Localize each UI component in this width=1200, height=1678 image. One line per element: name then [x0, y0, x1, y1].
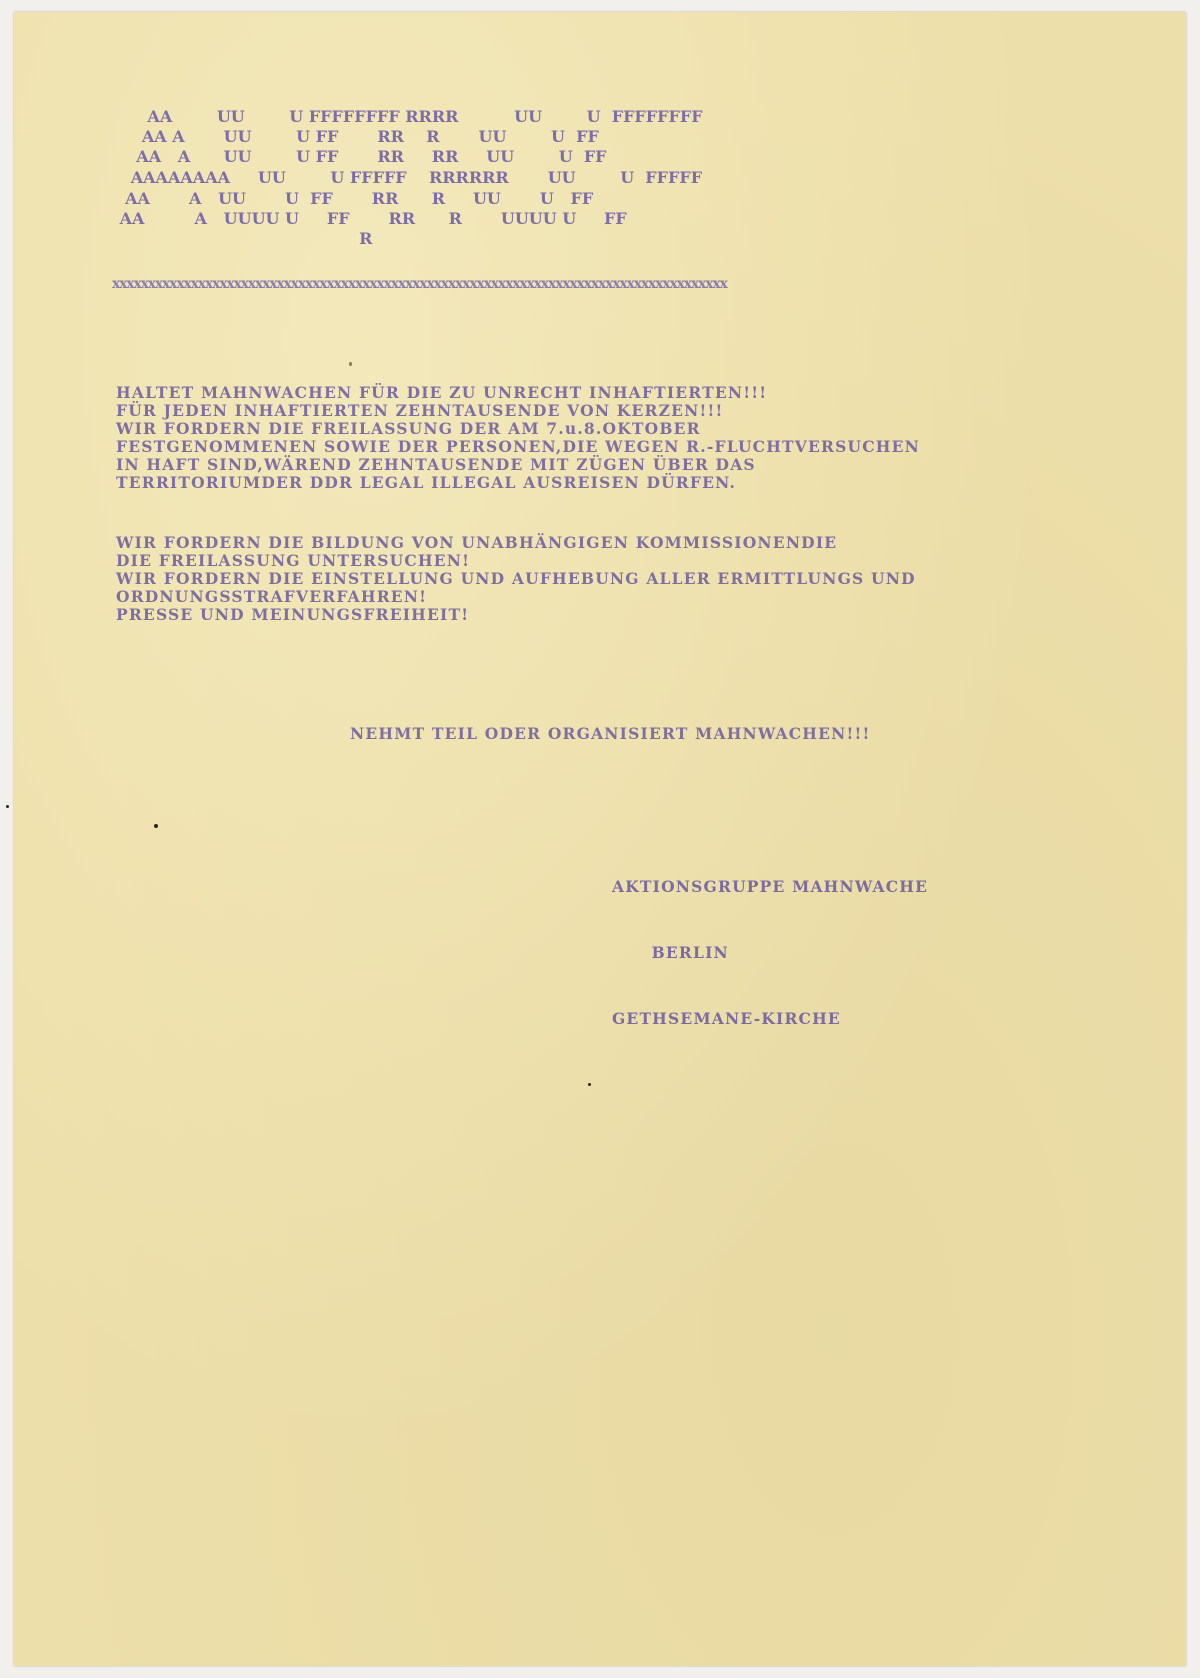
- call-to-action: NEHMT TEIL ODER ORGANISIERT MAHNWACHEN!!…: [350, 724, 871, 743]
- signature-line: GETHSEMANE-KIRCHE: [612, 1008, 928, 1030]
- banner-line: R: [114, 229, 372, 248]
- banner-line: AA A UU U FF RR R UU U FF: [114, 189, 593, 208]
- signature-line: BERLIN: [612, 942, 928, 964]
- banner-line: AA A UUUU U FF RR R UUUU U FF: [114, 209, 627, 228]
- text-line: FESTGENOMMENEN SOWIE DER PERSONEN,DIE WE…: [116, 438, 920, 456]
- text-line: DIE FREILASSUNG UNTERSUCHEN!: [116, 552, 470, 570]
- banner-line: AAAAAAAA UU U FFFFF RRRRRR UU U FFFFF: [114, 168, 702, 187]
- text-line: PRESSE UND MEINUNGSFREIHEIT!: [116, 606, 469, 624]
- paper-speck: [154, 824, 158, 828]
- paper-speck: [349, 362, 352, 366]
- text-line: IN HAFT SIND,WÄREND ZEHNTAUSENDE MIT ZÜG…: [116, 456, 756, 474]
- banner-line: AA UU U FFFFFFFF RRRR UU U FFFFFFFF: [114, 107, 703, 126]
- x-divider: xxxxxxxxxxxxxxxxxxxxxxxxxxxxxxxxxxxxxxxx…: [112, 276, 727, 292]
- signature-line: AKTIONSGRUPPE MAHNWACHE: [612, 876, 928, 898]
- text-line: WIR FORDERN DIE FREILASSUNG DER AM 7.u.8…: [116, 420, 701, 438]
- signature-block: AKTIONSGRUPPE MAHNWACHE BERLIN GETHSEMAN…: [612, 832, 928, 1074]
- text-line: HALTET MAHNWACHEN FÜR DIE ZU UNRECHT INH…: [116, 384, 767, 402]
- text-line: FÜR JEDEN INHAFTIERTEN ZEHNTAUSENDE VON …: [116, 402, 723, 420]
- banner-line: AA A UU U FF RR R UU U FF: [114, 127, 599, 146]
- banner-line: AA A UU U FF RR RR UU U FF: [114, 147, 607, 166]
- paper-speck: [588, 1083, 591, 1086]
- text-line: ORDNUNGSSTRAFVERFAHREN!: [116, 588, 427, 606]
- paper-speck: [6, 805, 9, 808]
- text-line: WIR FORDERN DIE EINSTELLUNG UND AUFHEBUN…: [116, 570, 916, 588]
- text-line: TERRITORIUMDER DDR LEGAL ILLEGAL AUSREIS…: [116, 474, 736, 492]
- text-line: WIR FORDERN DIE BILDUNG VON UNABHÄNGIGEN…: [116, 534, 837, 552]
- document-page: AA UU U FFFFFFFF RRRR UU U FFFFFFFF AA A…: [14, 12, 1186, 1666]
